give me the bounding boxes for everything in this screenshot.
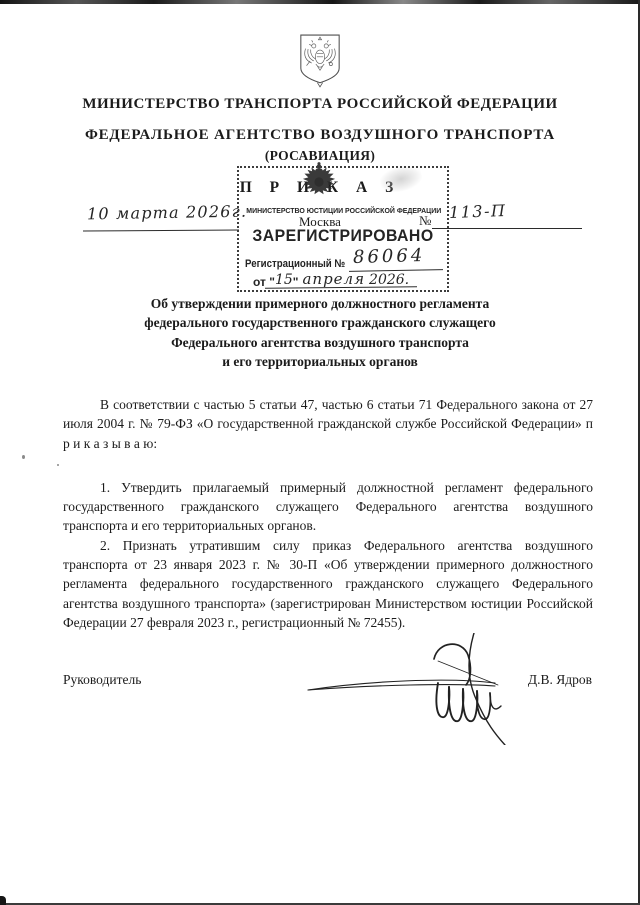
title-line: Об утверждении примерного должностного р… <box>55 294 585 313</box>
stamp-date-month-handwritten: апреля <box>302 270 365 288</box>
ministry-name: МИНИСТЕРСТВО ТРАНСПОРТА РОССИЙСКОЙ ФЕДЕР… <box>0 96 640 113</box>
stamp-reg-number-handwritten: 86064 <box>353 245 426 268</box>
stamp-authority: МИНИСТЕРСТВО ЮСТИЦИИ РОССИЙСКОЙ ФЕДЕРАЦИ… <box>246 206 439 215</box>
scan-speck <box>57 464 59 466</box>
order-item-2: 2. Признать утратившим силу приказ Федер… <box>63 536 593 632</box>
scan-speck <box>22 455 25 459</box>
signature-stroke <box>298 633 510 745</box>
agency-name: ФЕДЕРАЛЬНОЕ АГЕНТСТВО ВОЗДУШНОГО ТРАНСПО… <box>0 127 640 144</box>
intro-paragraph: В соответствии с частью 5 статьи 47, час… <box>63 395 593 453</box>
title-line: федерального государственного гражданско… <box>55 313 585 332</box>
scan-edge-corner <box>0 896 6 905</box>
scanned-order-document: МИНИСТЕРСТВО ТРАНСПОРТА РОССИЙСКОЙ ФЕДЕР… <box>0 0 640 905</box>
stamp-date-day-handwritten: 15 <box>275 272 293 288</box>
signer-name: Д.В. Ядров <box>528 672 592 688</box>
order-items: 1. Утвердить прилагаемый примерный должн… <box>63 478 593 632</box>
title-line: и его территориальных органов <box>55 352 585 371</box>
number-underline <box>432 228 582 229</box>
order-title: Об утверждении примерного должностного р… <box>55 294 585 371</box>
scan-edge-top <box>0 0 640 4</box>
stamp-reg-label: Регистрационный № <box>245 258 345 270</box>
title-line: Федерального агентства воздушного трансп… <box>55 333 585 352</box>
signer-position: Руководитель <box>63 672 141 688</box>
registration-stamp: МИНИСТЕРСТВО ЮСТИЦИИ РОССИЙСКОЙ ФЕДЕРАЦИ… <box>237 166 449 292</box>
order-item-1: 1. Утвердить прилагаемый примерный должн… <box>63 478 593 536</box>
stamp-registered-label: ЗАРЕГИСТРИРОВАНО <box>246 226 439 246</box>
russia-coat-of-arms-icon <box>294 33 346 91</box>
order-body: В соответствии с частью 5 статьи 47, час… <box>63 395 593 632</box>
order-number-handwritten: 113-П <box>449 201 507 222</box>
